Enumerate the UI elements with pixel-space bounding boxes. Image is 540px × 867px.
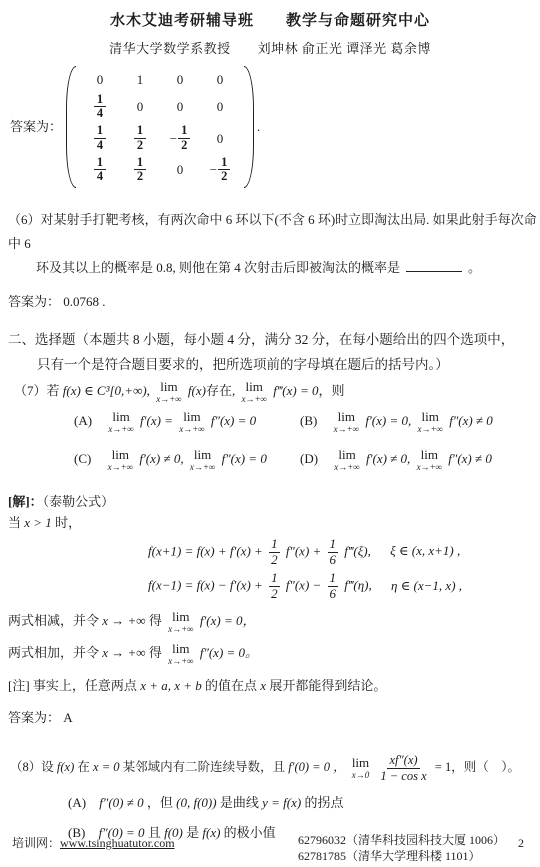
formula-part: f″(x) − xyxy=(286,578,321,593)
fraction: 1 2 xyxy=(178,124,190,153)
fraction-denominator: 4 xyxy=(94,107,106,121)
solution-step-2: 两式相加，并令 x → +∞ 得 limx→+∞ f″(x) = 0。 xyxy=(8,642,540,666)
question-6-line2-end: 。 xyxy=(468,260,481,275)
footer-phone-2: 62781785（清华大学理科楼 1101） xyxy=(298,848,505,864)
fraction: 16 xyxy=(328,537,339,568)
fraction-denominator: 4 xyxy=(94,170,106,184)
fraction-denominator: 2 xyxy=(134,139,146,153)
lim-word: lim xyxy=(183,410,200,423)
document-page: 水木艾迪考研辅导班 教学与命题研究中心 清华大学数学系教授 刘坤林 俞正光 谭泽… xyxy=(0,0,540,867)
lim-word: lim xyxy=(422,410,439,423)
matrix-cell: 0 xyxy=(137,97,144,117)
limit-operator: limx→+∞ xyxy=(156,380,181,404)
answer-value: 0.0768 . xyxy=(63,294,105,309)
limit-operator: limx→+∞ xyxy=(417,448,442,472)
stem-math: f(x) xyxy=(57,760,74,774)
option-label: (C) xyxy=(74,451,91,466)
solution-step-1: 两式相减，并令 x → +∞ 得 limx→+∞ f′(x) = 0， xyxy=(8,610,540,634)
matrix-cell-fraction: 1 2 xyxy=(134,124,146,153)
limit-operator: limx→+∞ xyxy=(108,448,133,472)
formula-part: f(x+1) = f(x) + f′(x) + xyxy=(148,543,263,558)
math: x + a, x + b xyxy=(140,678,202,693)
fraction-denominator: 2 xyxy=(134,170,146,184)
lim-subscript: x→+∞ xyxy=(190,463,215,472)
lim-subscript: x→+∞ xyxy=(168,625,193,634)
option-math: f″(0) ≠ 0 xyxy=(99,795,143,810)
stem-math: f′(0) = 0 ， xyxy=(288,760,345,774)
option-expression: f′(x) = xyxy=(140,413,173,428)
taylor-formula-1: f(x+1) = f(x) + f′(x) + 12 f″(x) + 16 f‴… xyxy=(148,537,540,568)
text: 两式相加，并令 xyxy=(8,645,99,660)
option-text: ，但 xyxy=(147,795,173,810)
fraction-numerator: 1 xyxy=(134,156,146,171)
lim-word: lim xyxy=(421,448,438,461)
lim-subscript: x→+∞ xyxy=(241,395,266,404)
fraction-denominator: 6 xyxy=(328,553,339,568)
lim-word: lim xyxy=(112,448,129,461)
question-6-line1: （6）对某射手打靶考核，有两次命中 6 环以下(不含 6 环)时立即淘汰出局. … xyxy=(8,208,540,256)
lim-subscript: x→+∞ xyxy=(179,425,204,434)
footer-site-link[interactable]: www.tsinghuatutor.com xyxy=(60,836,175,850)
option-text: 的拐点 xyxy=(304,795,343,810)
page-number: 2 xyxy=(518,834,524,852)
lim-subscript: x→0 xyxy=(352,771,370,780)
math: x → +∞ xyxy=(102,645,145,660)
lim-subscript: x→+∞ xyxy=(334,463,359,472)
note-tag: [注] xyxy=(8,678,30,693)
limit-operator: limx→+∞ xyxy=(179,410,204,434)
matrix-cell: 0 xyxy=(217,97,224,117)
stem-text: 某邻域内有二阶连续导数，且 xyxy=(123,760,286,774)
text: 当 xyxy=(8,515,21,530)
formula-part: f(x−1) = f(x) − f′(x) + xyxy=(148,578,263,593)
lim-word: lim xyxy=(246,380,263,393)
math: f″(x) = 0。 xyxy=(200,645,258,660)
limit-operator: limx→+∞ xyxy=(168,642,193,666)
option-expression: f″(x) = 0 xyxy=(211,413,256,428)
question-7-stem: （7）若 f(x) ∈ C³[0,+∞), limx→+∞ f(x)存在, li… xyxy=(14,380,540,404)
fraction: 12 xyxy=(269,571,280,602)
matrix-paren-left-icon xyxy=(66,66,76,188)
solution-condition: 当 x > 1 时， xyxy=(8,513,540,533)
lim-word: lim xyxy=(172,642,189,655)
answer-label: 答案为： xyxy=(8,710,60,725)
text: 展开都能得到结论。 xyxy=(269,678,386,693)
fraction-numerator: 1 xyxy=(328,571,339,587)
question-7-answer: 答案为： A xyxy=(8,708,540,728)
matrix-cell: 0 xyxy=(177,97,184,117)
solution-method: （泰勒公式） xyxy=(43,494,115,509)
limit-operator: limx→+∞ xyxy=(334,448,359,472)
text: 得 xyxy=(149,645,162,660)
fraction: 12 xyxy=(269,537,280,568)
fraction-numerator: 1 xyxy=(218,156,230,171)
fraction-denominator: 4 xyxy=(94,139,106,153)
limit-operator: limx→+∞ xyxy=(334,410,359,434)
question-6-line2-text: 环及其以上的概率是 0.8, 则他在第 4 次射击后即被淘汰的概率是 xyxy=(36,260,400,275)
stem-text: （7）若 xyxy=(14,383,60,398)
fraction-denominator: 2 xyxy=(218,170,230,184)
math: x > 1 xyxy=(24,515,52,530)
option-label: (A) xyxy=(74,413,92,428)
formula-domain: η ∈ (x−1, x) , xyxy=(391,578,462,593)
text: 的值在点 xyxy=(205,678,257,693)
limit-operator: limx→+∞ xyxy=(190,448,215,472)
stem-text: = 1，则（ ）。 xyxy=(435,760,520,774)
option-text: 是曲线 xyxy=(220,795,259,810)
footer-site-label: 培训网： xyxy=(12,836,60,850)
option-label: (A) xyxy=(68,795,86,810)
matrix-paren-right-icon xyxy=(244,66,254,188)
q8-option-a: (A) f″(0) ≠ 0 ，但 (0, f(0)) 是曲线 y = f(x) … xyxy=(68,793,540,813)
solution-tag: [解]： xyxy=(8,494,43,509)
minus-sign: − xyxy=(210,160,217,180)
matrix-cell-fraction: 1 4 xyxy=(94,124,106,153)
answer-value: A xyxy=(63,710,72,725)
answer-label: 答案为： xyxy=(10,117,62,137)
text: 时， xyxy=(55,515,81,530)
matrix-cell: 0 xyxy=(177,160,184,180)
lim-subscript: x→+∞ xyxy=(417,425,442,434)
text: 两式相减，并令 xyxy=(8,613,99,628)
matrix: 0 1 0 0 1 4 0 0 0 1 4 1 2 − xyxy=(76,66,244,188)
lim-word: lim xyxy=(112,410,129,423)
fraction: 1 2 xyxy=(218,156,230,185)
limit-operator: limx→0 xyxy=(352,756,370,780)
answer-blank xyxy=(406,258,462,272)
section-2-heading-line1: 二、选择题（本题共 8 小题，每小题 4 分，满分 32 分，在每小题给出的四个… xyxy=(8,328,540,353)
section-2-heading-line2: 只有一个是符合题目要求的，把所选项前的字母填在题后的括号内。） xyxy=(37,353,540,378)
option-expression: f″(x) = 0 xyxy=(222,451,267,466)
lim-subscript: x→+∞ xyxy=(108,425,133,434)
solution-note: [注] 事实上，任意两点 x + a, x + b 的值在点 x 展开都能得到结… xyxy=(8,676,540,696)
matrix-cell-fraction: 1 4 xyxy=(94,156,106,185)
limit-operator: limx→+∞ xyxy=(241,380,266,404)
matrix-cell: 0 xyxy=(217,129,224,149)
stem-math: f(x) ∈ C³[0,+∞), xyxy=(63,383,150,398)
question-8-stem: （8）设 f(x) 在 x = 0 某邻域内有二阶连续导数，且 f′(0) = … xyxy=(10,753,540,783)
fraction-numerator: 1 xyxy=(178,124,190,139)
fraction-numerator: 1 xyxy=(94,124,106,139)
lim-subscript: x→+∞ xyxy=(156,395,181,404)
fraction-numerator: 1 xyxy=(269,537,280,553)
math: f′(x) = 0， xyxy=(200,613,256,628)
q7-options-row-1: (A) limx→+∞ f′(x) = limx→+∞ f″(x) = 0 (B… xyxy=(0,410,540,442)
option-expression: f″(x) ≠ 0 xyxy=(448,451,492,466)
lim-subscript: x→+∞ xyxy=(417,463,442,472)
limit-operator: limx→+∞ xyxy=(168,610,193,634)
solution-heading: [解]：（泰勒公式） xyxy=(8,492,540,512)
fraction-numerator: 1 xyxy=(328,537,339,553)
option-expression: f′(x) ≠ 0, xyxy=(139,451,183,466)
option-label: (B) xyxy=(300,413,317,428)
fraction-numerator: 1 xyxy=(134,124,146,139)
limit-operator: limx→+∞ xyxy=(108,410,133,434)
footer-phone-1: 62796032（清华科技园科技大厦 1006） xyxy=(298,832,505,848)
stem-math: f(x) xyxy=(188,383,206,398)
lim-word: lim xyxy=(194,448,211,461)
option-label: (D) xyxy=(300,451,318,466)
stem-text: 在 xyxy=(77,760,90,774)
fraction-numerator: 1 xyxy=(94,93,106,108)
fraction: 16 xyxy=(328,571,339,602)
matrix-cell: 0 xyxy=(177,70,184,90)
option-expression: f″(x) ≠ 0 xyxy=(449,413,493,428)
matrix-cell: 0 xyxy=(97,70,104,90)
text: 得 xyxy=(149,613,162,628)
formula-part: f‴(η), xyxy=(344,578,371,593)
q7-option-b: (B) limx→+∞ f′(x) = 0, limx→+∞ f″(x) ≠ 0 xyxy=(300,410,493,434)
limit-operator: limx→+∞ xyxy=(417,410,442,434)
q7-option-c: (C) limx→+∞ f′(x) ≠ 0, limx→+∞ f″(x) = 0 xyxy=(74,448,267,472)
q7-options-row-2: (C) limx→+∞ f′(x) ≠ 0, limx→+∞ f″(x) = 0… xyxy=(0,448,540,480)
option-math: (0, f(0)) xyxy=(176,795,216,810)
period: . xyxy=(257,117,260,137)
fraction-denominator: 2 xyxy=(269,587,280,602)
footer-contacts: 62796032（清华科技园科技大厦 1006） 62781785（清华大学理科… xyxy=(298,832,505,864)
stem-text: ，则 xyxy=(319,383,345,398)
option-expression: f′(x) ≠ 0, xyxy=(366,451,410,466)
footer-left: 培训网：www.tsinghuatutor.com xyxy=(12,834,175,852)
page-title: 水木艾迪考研辅导班 教学与命题研究中心 xyxy=(0,0,540,33)
lim-word: lim xyxy=(338,410,355,423)
matrix-cell-fraction: 1 4 xyxy=(94,93,106,122)
page-footer: 培训网：www.tsinghuatutor.com 62796032（清华科技园… xyxy=(0,832,540,866)
fraction-numerator: 1 xyxy=(269,571,280,587)
fraction: xf″(x)1 − cos x xyxy=(378,753,428,783)
question-6-line2: 环及其以上的概率是 0.8, 则他在第 4 次射击后即被淘汰的概率是。 xyxy=(36,256,540,280)
matrix-cell-negative-fraction: − 1 2 xyxy=(170,124,191,153)
lim-subscript: x→+∞ xyxy=(168,657,193,666)
lim-word: lim xyxy=(172,610,189,623)
fraction-denominator: 6 xyxy=(328,587,339,602)
math: x xyxy=(260,678,266,693)
minus-sign: − xyxy=(170,129,177,149)
matrix-cell: 1 xyxy=(137,70,144,90)
fraction-denominator: 1 − cos x xyxy=(378,769,428,783)
matrix-cell-negative-fraction: − 1 2 xyxy=(210,156,231,185)
lim-word: lim xyxy=(338,448,355,461)
answer-label: 答案为： xyxy=(8,294,60,309)
option-math: y = f(x) xyxy=(262,795,301,810)
lim-word: lim xyxy=(160,380,177,393)
formula-part: f‴(ξ), xyxy=(344,543,371,558)
lim-subscript: x→+∞ xyxy=(108,463,133,472)
lim-subscript: x→+∞ xyxy=(334,425,359,434)
formula-part: f″(x) + xyxy=(286,543,321,558)
stem-text: （8）设 xyxy=(10,760,54,774)
text: 事实上，任意两点 xyxy=(33,678,137,693)
lim-word: lim xyxy=(352,756,369,769)
option-expression: f′(x) = 0, xyxy=(365,413,411,428)
stem-text: 存在, xyxy=(206,383,235,398)
q7-option-a: (A) limx→+∞ f′(x) = limx→+∞ f″(x) = 0 xyxy=(74,410,256,434)
matrix-cell: 0 xyxy=(217,70,224,90)
taylor-formula-2: f(x−1) = f(x) − f′(x) + 12 f″(x) − 16 f‴… xyxy=(148,571,540,602)
fraction-numerator: 1 xyxy=(94,156,106,171)
question-6-answer: 答案为： 0.0768 . xyxy=(8,292,540,312)
q7-option-d: (D) limx→+∞ f′(x) ≠ 0, limx→+∞ f″(x) ≠ 0 xyxy=(300,448,492,472)
page-subtitle: 清华大学数学系教授 刘坤林 俞正光 谭泽光 葛余博 xyxy=(0,39,540,59)
matrix-answer-block: 答案为： 0 1 0 0 1 4 0 0 0 1 4 1 2 xyxy=(10,66,540,188)
stem-math: f‴(x) = 0 xyxy=(273,383,318,398)
stem-math: x = 0 xyxy=(93,760,119,774)
formula-domain: ξ ∈ (x, x+1) , xyxy=(390,543,460,558)
matrix-cell-fraction: 1 2 xyxy=(134,156,146,185)
fraction-numerator: xf″(x) xyxy=(387,753,419,768)
math: x → +∞ xyxy=(102,613,145,628)
fraction-denominator: 2 xyxy=(178,139,190,153)
fraction-denominator: 2 xyxy=(269,553,280,568)
